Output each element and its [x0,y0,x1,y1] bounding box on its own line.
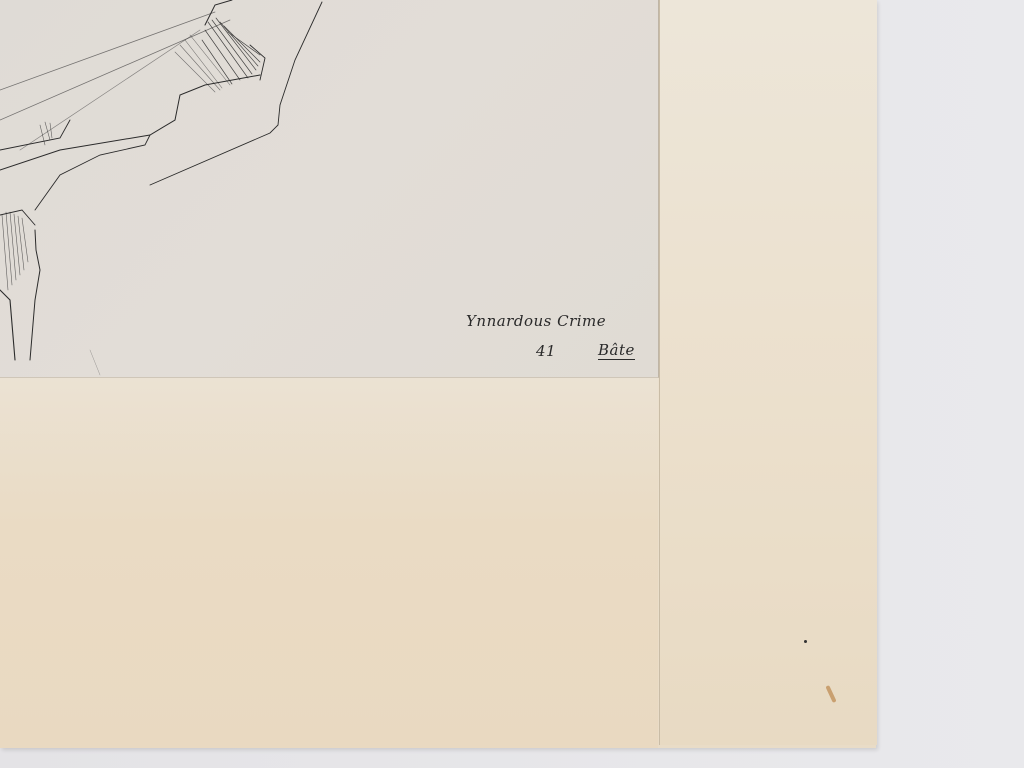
mount-lower-panel [0,378,658,748]
paper-speck [804,640,807,643]
inscription-year: 41 [536,342,556,360]
inscription-title: Ynnardous Crime [466,312,606,330]
inscription-signature: Bâte [598,342,635,360]
mount-right-panel [659,0,877,745]
